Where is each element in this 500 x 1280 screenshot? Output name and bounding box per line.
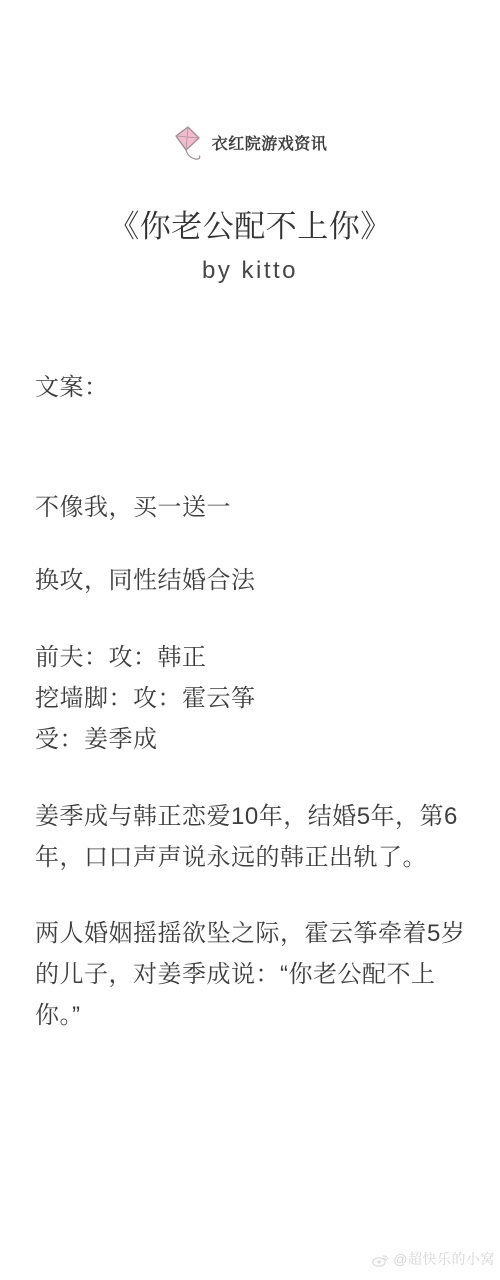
watermark-handle: @超快乐的小窝 [393, 1249, 495, 1269]
brand-header: 衣红院游戏资讯 [0, 124, 500, 160]
cast-line-protagonist: 受：姜季成 [35, 719, 472, 760]
paragraph-line: 两人婚姻摇摇欲坠之际，霍云筝牵着5岁 [35, 913, 472, 954]
paragraph-line: 的儿子，对姜季成说：“你老公配不上 [35, 954, 472, 995]
cast-line-homewrecker: 挖墙脚：攻：霍云筝 [35, 678, 472, 719]
story-card: 衣红院游戏资讯 《你老公配不上你》 by kitto 文案： 不像我，买一送一 … [0, 0, 500, 1280]
brand-name: 衣红院游戏资讯 [212, 131, 328, 154]
tagline-1: 不像我，买一送一 [35, 487, 472, 528]
tagline-2: 换攻，同性结婚合法 [35, 560, 472, 601]
synopsis-paragraph-1: 姜季成与韩正恋爱10年，结婚5年，第6 年，口口声声说永远的韩正出轨了。 [35, 796, 472, 878]
weibo-icon [372, 1252, 390, 1267]
paragraph-line: 你。” [35, 995, 472, 1036]
paragraph-line: 姜季成与韩正恋爱10年，结婚5年，第6 [35, 796, 472, 837]
kite-icon [173, 125, 203, 163]
book-title: 《你老公配不上你》 [0, 206, 500, 248]
author-byline: by kitto [0, 254, 500, 288]
watermark: @超快乐的小窝 [372, 1249, 495, 1269]
cast-list: 前夫：攻：韩正 挖墙脚：攻：霍云筝 受：姜季成 [35, 637, 472, 760]
synopsis-paragraph-2: 两人婚姻摇摇欲坠之际，霍云筝牵着5岁 的儿子，对姜季成说：“你老公配不上 你。” [35, 913, 472, 1036]
synopsis-label: 文案： [35, 367, 472, 408]
cast-line-ex-husband: 前夫：攻：韩正 [35, 637, 472, 678]
paragraph-line: 年，口口声声说永远的韩正出轨了。 [35, 837, 472, 878]
